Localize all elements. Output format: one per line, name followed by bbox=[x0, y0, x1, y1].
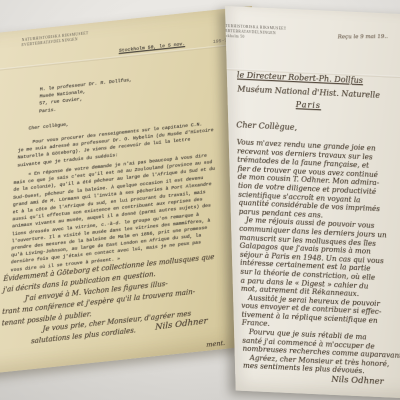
letterhead-left: NATURHISTORISKA RIKSMUSEETEVERTEBRATAVDE… bbox=[21, 31, 88, 48]
handwritten-body: Vous m'avez rendu une grande joie enrece… bbox=[237, 139, 400, 379]
recipient-block-left: M. le professeur Dr. R. Dollfus,Musée Na… bbox=[39, 77, 132, 116]
handwritten-letter-page: NATURHISTORISKA RIKSMUSEETEVERTEBRATAVDE… bbox=[225, 6, 400, 399]
salutation-right: Cher Collègue, bbox=[236, 121, 297, 133]
received-annotation: Reçu le 9 mai 19.. bbox=[338, 34, 389, 40]
dateline: Stockholm 50, le 5 nov. bbox=[119, 41, 185, 55]
photo-backdrop: NATURHISTORISKA RIKSMUSEETEVERTEBRATAVDE… bbox=[0, 0, 400, 400]
stray-handwriting-fragment: ment. bbox=[206, 339, 225, 349]
recipient-block-right: le Directeur Robert-Ph. DollfusMuséum Na… bbox=[237, 69, 381, 116]
salutation-left: Cher collègue, bbox=[28, 121, 69, 132]
letterhead-right: NATURHISTORISKA RIKSMUSEETEVERTEBRATAVDE… bbox=[225, 24, 287, 42]
signature-right: Nils Odhner bbox=[331, 375, 384, 387]
typed-letter-page: NATURHISTORISKA RIKSMUSEETEVERTEBRATAVDE… bbox=[0, 6, 252, 375]
